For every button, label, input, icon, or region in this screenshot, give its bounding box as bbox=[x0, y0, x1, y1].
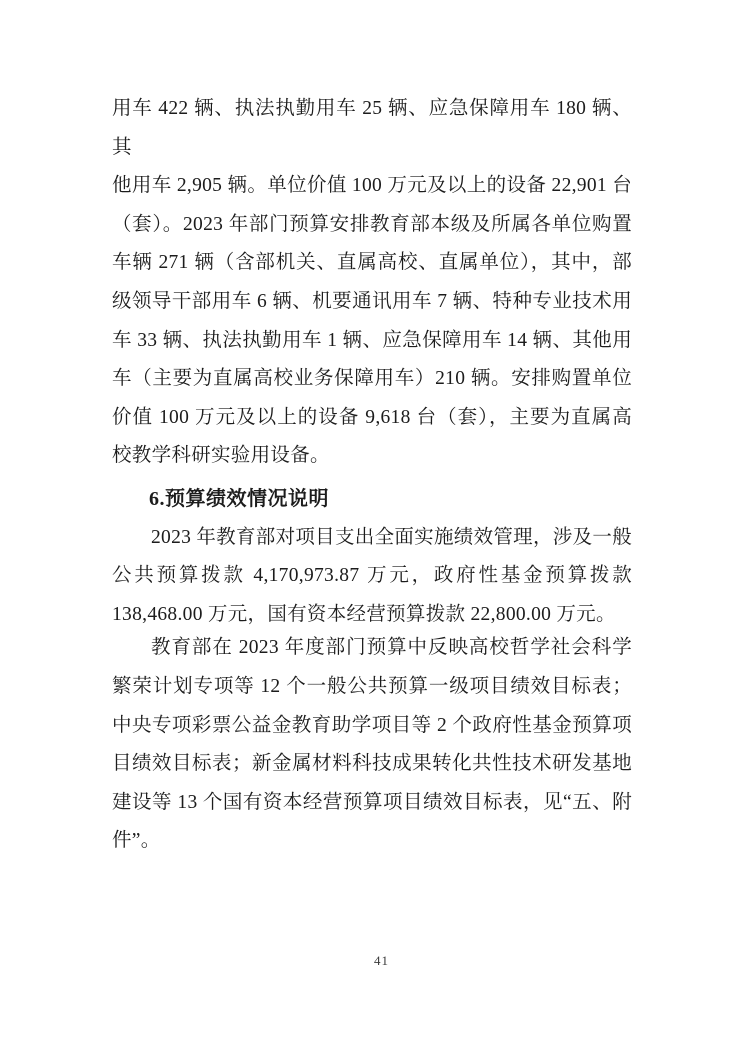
text-line: 中央专项彩票公益金教育助学项目等 2 个政府性基金预算项 bbox=[112, 707, 632, 746]
paragraph-vehicle-equipment-budget: 用车 422 辆、执法执勤用车 25 辆、应急保障用车 180 辆、其 他用车 … bbox=[112, 90, 632, 476]
text-line: 车（主要为直属高校业务保障用车）210 辆。安排购置单位 bbox=[112, 360, 632, 399]
page-content: 用车 422 辆、执法执勤用车 25 辆、应急保障用车 180 辆、其 他用车 … bbox=[112, 90, 632, 861]
paragraph-performance-target-tables: 教育部在 2023 年度部门预算中反映高校哲学社会科学 繁荣计划专项等 12 个… bbox=[112, 629, 632, 861]
text-line: 2023 年教育部对项目支出全面实施绩效管理，涉及一般 bbox=[112, 519, 632, 558]
text-line: 价值 100 万元及以上的设备 9,618 台（套），主要为直属高 bbox=[112, 399, 632, 438]
text-line: 校教学科研实验用设备。 bbox=[112, 437, 632, 476]
text-line: 目绩效目标表；新金属材料科技成果转化共性技术研发基地 bbox=[112, 745, 632, 784]
text-line: 他用车 2,905 辆。单位价值 100 万元及以上的设备 22,901 台 bbox=[112, 167, 632, 206]
page-number: 41 bbox=[356, 953, 389, 969]
paragraph-performance-management: 2023 年教育部对项目支出全面实施绩效管理，涉及一般 公共预算拨款 4,170… bbox=[112, 519, 632, 635]
text-line: 教育部在 2023 年度部门预算中反映高校哲学社会科学 bbox=[112, 629, 632, 668]
text-line: 公共预算拨款 4,170,973.87 万元，政府性基金预算拨款 bbox=[112, 557, 632, 596]
section-heading-budget-performance: 6.预算绩效情况说明 bbox=[112, 480, 632, 519]
text-line: 用车 422 辆、执法执勤用车 25 辆、应急保障用车 180 辆、其 bbox=[112, 90, 632, 167]
document-page: 用车 422 辆、执法执勤用车 25 辆、应急保障用车 180 辆、其 他用车 … bbox=[0, 0, 745, 1053]
text-line: 建设等 13 个国有资本经营预算项目绩效目标表，见“五、附 bbox=[112, 784, 632, 823]
text-line: 车辆 271 辆（含部机关、直属高校、直属单位），其中，部 bbox=[112, 244, 632, 283]
text-line: 繁荣计划专项等 12 个一般公共预算一级项目绩效目标表； bbox=[112, 668, 632, 707]
text-line: （套）。2023 年部门预算安排教育部本级及所属各单位购置 bbox=[112, 206, 632, 245]
page-footer: 41 bbox=[0, 952, 745, 970]
text-line: 件”。 bbox=[112, 822, 632, 861]
text-line: 级领导干部用车 6 辆、机要通讯用车 7 辆、特种专业技术用 bbox=[112, 283, 632, 322]
text-line: 车 33 辆、执法执勤用车 1 辆、应急保障用车 14 辆、其他用 bbox=[112, 322, 632, 361]
